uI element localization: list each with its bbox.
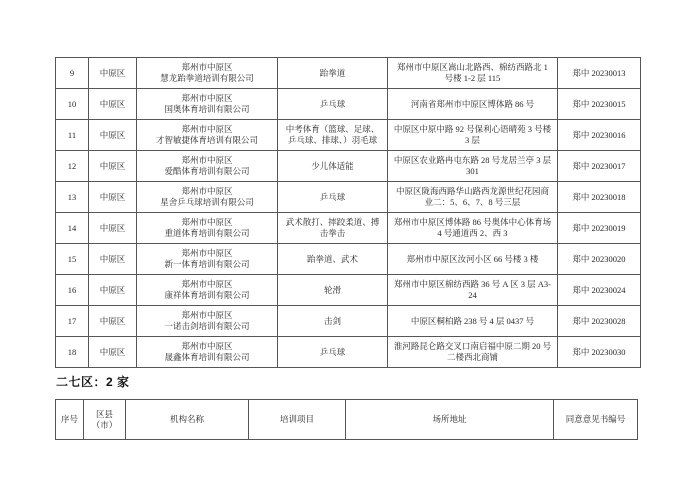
cell-approval-number: 郑中 20230019 [558,213,641,244]
cell-training-program: 跆拳道 [278,58,388,89]
cell-district: 中原区 [89,182,137,213]
header-district: 区县（市） [84,400,126,440]
cell-venue-address: 中原区中原中路 92 号保利心语晴苑 3 号楼 3 层 [388,120,558,151]
cell-training-program: 乒乓球 [278,89,388,120]
cell-training-program: 乒乓球 [278,182,388,213]
cell-organization-name: 郑州市中原区 重道体育培训有限公司 [137,213,278,244]
cell-district: 中原区 [89,89,137,120]
cell-venue-address: 郑州市中原区棉纺西路 36 号 A 区 3 层 A3-24 [388,275,558,306]
cell-organization-name: 郑州市中原区 新一体育培训有限公司 [137,244,278,275]
cell-venue-address: 郑州市中原区汝河小区 66 号楼 3 楼 [388,244,558,275]
table-row: 15 中原区 郑州市中原区 新一体育培训有限公司 跆拳道、武术 郑州市中原区汝河… [56,244,641,275]
table-row: 12 中原区 郑州市中原区 爱酷体育培训有限公司 少儿体适能 中原区农业路冉屯东… [56,151,641,182]
cell-district: 中原区 [89,151,137,182]
cell-training-program: 轮滑 [278,275,388,306]
cell-district: 中原区 [89,213,137,244]
cell-organization-name: 郑州市中原区 爱酷体育培训有限公司 [137,151,278,182]
table-row: 9 中原区 郑州市中原区 慧龙跆拳道培训有限公司 跆拳道 郑州市中原区嵩山北路西… [56,58,641,89]
cell-organization-name: 郑州市中原区 康祥体育培训有限公司 [137,275,278,306]
cell-district: 中原区 [89,58,137,89]
cell-serial-number: 14 [56,213,89,244]
header-serial-number: 序号 [56,400,84,440]
header-venue-address: 场所地址 [346,400,554,440]
cell-organization-name: 郑州市中原区 国奥体育培训有限公司 [137,89,278,120]
cell-serial-number: 15 [56,244,89,275]
cell-approval-number: 郑中 20230030 [558,337,641,368]
cell-training-program: 跆拳道、武术 [278,244,388,275]
table-row: 16 中原区 郑州市中原区 康祥体育培训有限公司 轮滑 郑州市中原区棉纺西路 3… [56,275,641,306]
cell-serial-number: 17 [56,306,89,337]
cell-serial-number: 16 [56,275,89,306]
cell-organization-name: 郑州市中原区 慧龙跆拳道培训有限公司 [137,58,278,89]
erqi-table: 序号 区县（市） 机构名称 培训项目 场所地址 同意意见书编号 [55,399,638,440]
cell-district: 中原区 [89,244,137,275]
cell-venue-address: 中原区桐柏路 238 号 4 层 0437 号 [388,306,558,337]
cell-approval-number: 郑中 20230017 [558,151,641,182]
cell-approval-number: 郑中 20230020 [558,244,641,275]
cell-approval-number: 郑中 20230024 [558,275,641,306]
cell-training-program: 击剑 [278,306,388,337]
cell-approval-number: 郑中 20230013 [558,58,641,89]
cell-venue-address: 中原区陇海西路华山路西龙源世纪花园商业二：5、6、7、8 号三层 [388,182,558,213]
cell-venue-address: 中原区农业路冉屯东路 28 号龙居兰亭 3 层 301 [388,151,558,182]
cell-venue-address: 淮河路昆仑路交叉口南启福中原二期 20 号二楼西北商铺 [388,337,558,368]
cell-organization-name: 郑州市中原区 一诺击剑培训有限公司 [137,306,278,337]
table-row: 11 中原区 郑州市中原区 才智敏捷体育培训有限公司 中考体育（篮球、足球、乒乓… [56,120,641,151]
cell-serial-number: 10 [56,89,89,120]
cell-training-program: 中考体育（篮球、足球、乒乓球、排球、）羽毛球 [278,120,388,151]
header-approval-number: 同意意见书编号 [554,400,638,440]
table-row: 10 中原区 郑州市中原区 国奥体育培训有限公司 乒乓球 河南省郑州市中原区博体… [56,89,641,120]
cell-district: 中原区 [89,337,137,368]
cell-district: 中原区 [89,120,137,151]
cell-serial-number: 9 [56,58,89,89]
cell-district: 中原区 [89,306,137,337]
document-page: 9 中原区 郑州市中原区 慧龙跆拳道培训有限公司 跆拳道 郑州市中原区嵩山北路西… [0,0,690,488]
table-row: 18 中原区 郑州市中原区 晟鑫体育培训有限公司 乒乓球 淮河路昆仑路交叉口南启… [56,337,641,368]
cell-training-program: 乒乓球 [278,337,388,368]
cell-training-program: 武术散打、摔跤柔道、搏击拳击 [278,213,388,244]
cell-organization-name: 郑州市中原区 星舍乒乓球培训有限公司 [137,182,278,213]
header-training-program: 培训项目 [249,400,346,440]
erqi-section-heading: 二七区：2 家 [56,373,130,390]
cell-approval-number: 郑中 20230018 [558,182,641,213]
zhongyuan-institutions-table: 9 中原区 郑州市中原区 慧龙跆拳道培训有限公司 跆拳道 郑州市中原区嵩山北路西… [55,57,641,368]
table-header-row: 序号 区县（市） 机构名称 培训项目 场所地址 同意意见书编号 [56,400,638,440]
cell-venue-address: 河南省郑州市中原区博体路 86 号 [388,89,558,120]
cell-approval-number: 郑中 20230016 [558,120,641,151]
cell-serial-number: 12 [56,151,89,182]
cell-organization-name: 郑州市中原区 才智敏捷体育培训有限公司 [137,120,278,151]
cell-district: 中原区 [89,275,137,306]
cell-venue-address: 郑州市中原区嵩山北路西、棉纺西路北 1 号楼 1-2 层 115 [388,58,558,89]
cell-training-program: 少儿体适能 [278,151,388,182]
cell-organization-name: 郑州市中原区 晟鑫体育培训有限公司 [137,337,278,368]
table-row: 13 中原区 郑州市中原区 星舍乒乓球培训有限公司 乒乓球 中原区陇海西路华山路… [56,182,641,213]
cell-serial-number: 18 [56,337,89,368]
cell-serial-number: 13 [56,182,89,213]
cell-serial-number: 11 [56,120,89,151]
header-organization-name: 机构名称 [126,400,249,440]
table-row: 17 中原区 郑州市中原区 一诺击剑培训有限公司 击剑 中原区桐柏路 238 号… [56,306,641,337]
table-row: 14 中原区 郑州市中原区 重道体育培训有限公司 武术散打、摔跤柔道、搏击拳击 … [56,213,641,244]
cell-approval-number: 郑中 20230028 [558,306,641,337]
cell-approval-number: 郑中 20230015 [558,89,641,120]
cell-venue-address: 郑州市中原区博体路 86 号奥体中心体育场 4 号通道西 2、西 3 [388,213,558,244]
